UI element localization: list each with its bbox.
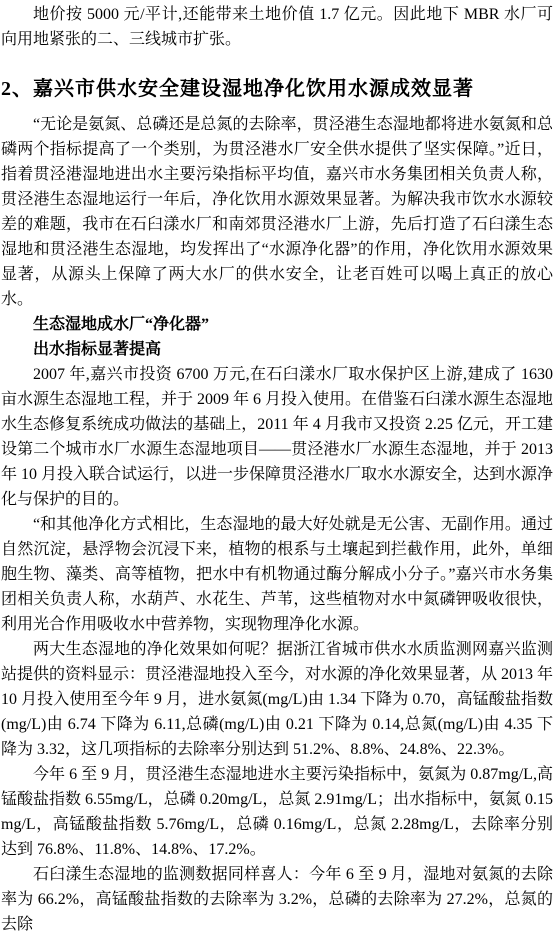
paragraph: 2007 年,嘉兴市投资 6700 万元,在石臼漾水厂取水保护区上游,建成了 1…: [1, 362, 553, 512]
subheading-outflow-indicators: 出水指标显著提高: [1, 337, 553, 362]
paragraph: 两大生态湿地的净化效果如何呢？据浙江省城市供水水质监测网嘉兴监测站提供的资料显示…: [1, 637, 553, 762]
paragraph: “和其他净化方式相比，生态湿地的最大好处就是无公害、无副作用。通过自然沉淀，悬浮…: [1, 512, 553, 637]
paragraph: 今年 6 至 9 月，贯泾港生态湿地进水主要污染指标中，氨氮为 0.87mg/L…: [1, 762, 553, 862]
paragraph-continuation: 地价按 5000 元/平计,还能带来土地价值 1.7 亿元。因此地下 MBR 水…: [1, 2, 553, 52]
section-heading: 2、嘉兴市供水安全建设湿地净化饮用水源成效显著: [1, 76, 553, 103]
paragraph: 石臼漾生态湿地的监测数据同样喜人：今年 6 至 9 月，湿地对氨氮的去除率为 6…: [1, 862, 553, 933]
document-page: 地价按 5000 元/平计,还能带来土地价值 1.7 亿元。因此地下 MBR 水…: [0, 0, 554, 933]
paragraph: “无论是氨氮、总磷还是总氮的去除率，贯泾港生态湿地都将进水氨氮和总磷两个指标提高…: [1, 112, 553, 312]
subheading-wetland-purifier: 生态湿地成水厂“净化器”: [1, 312, 553, 337]
